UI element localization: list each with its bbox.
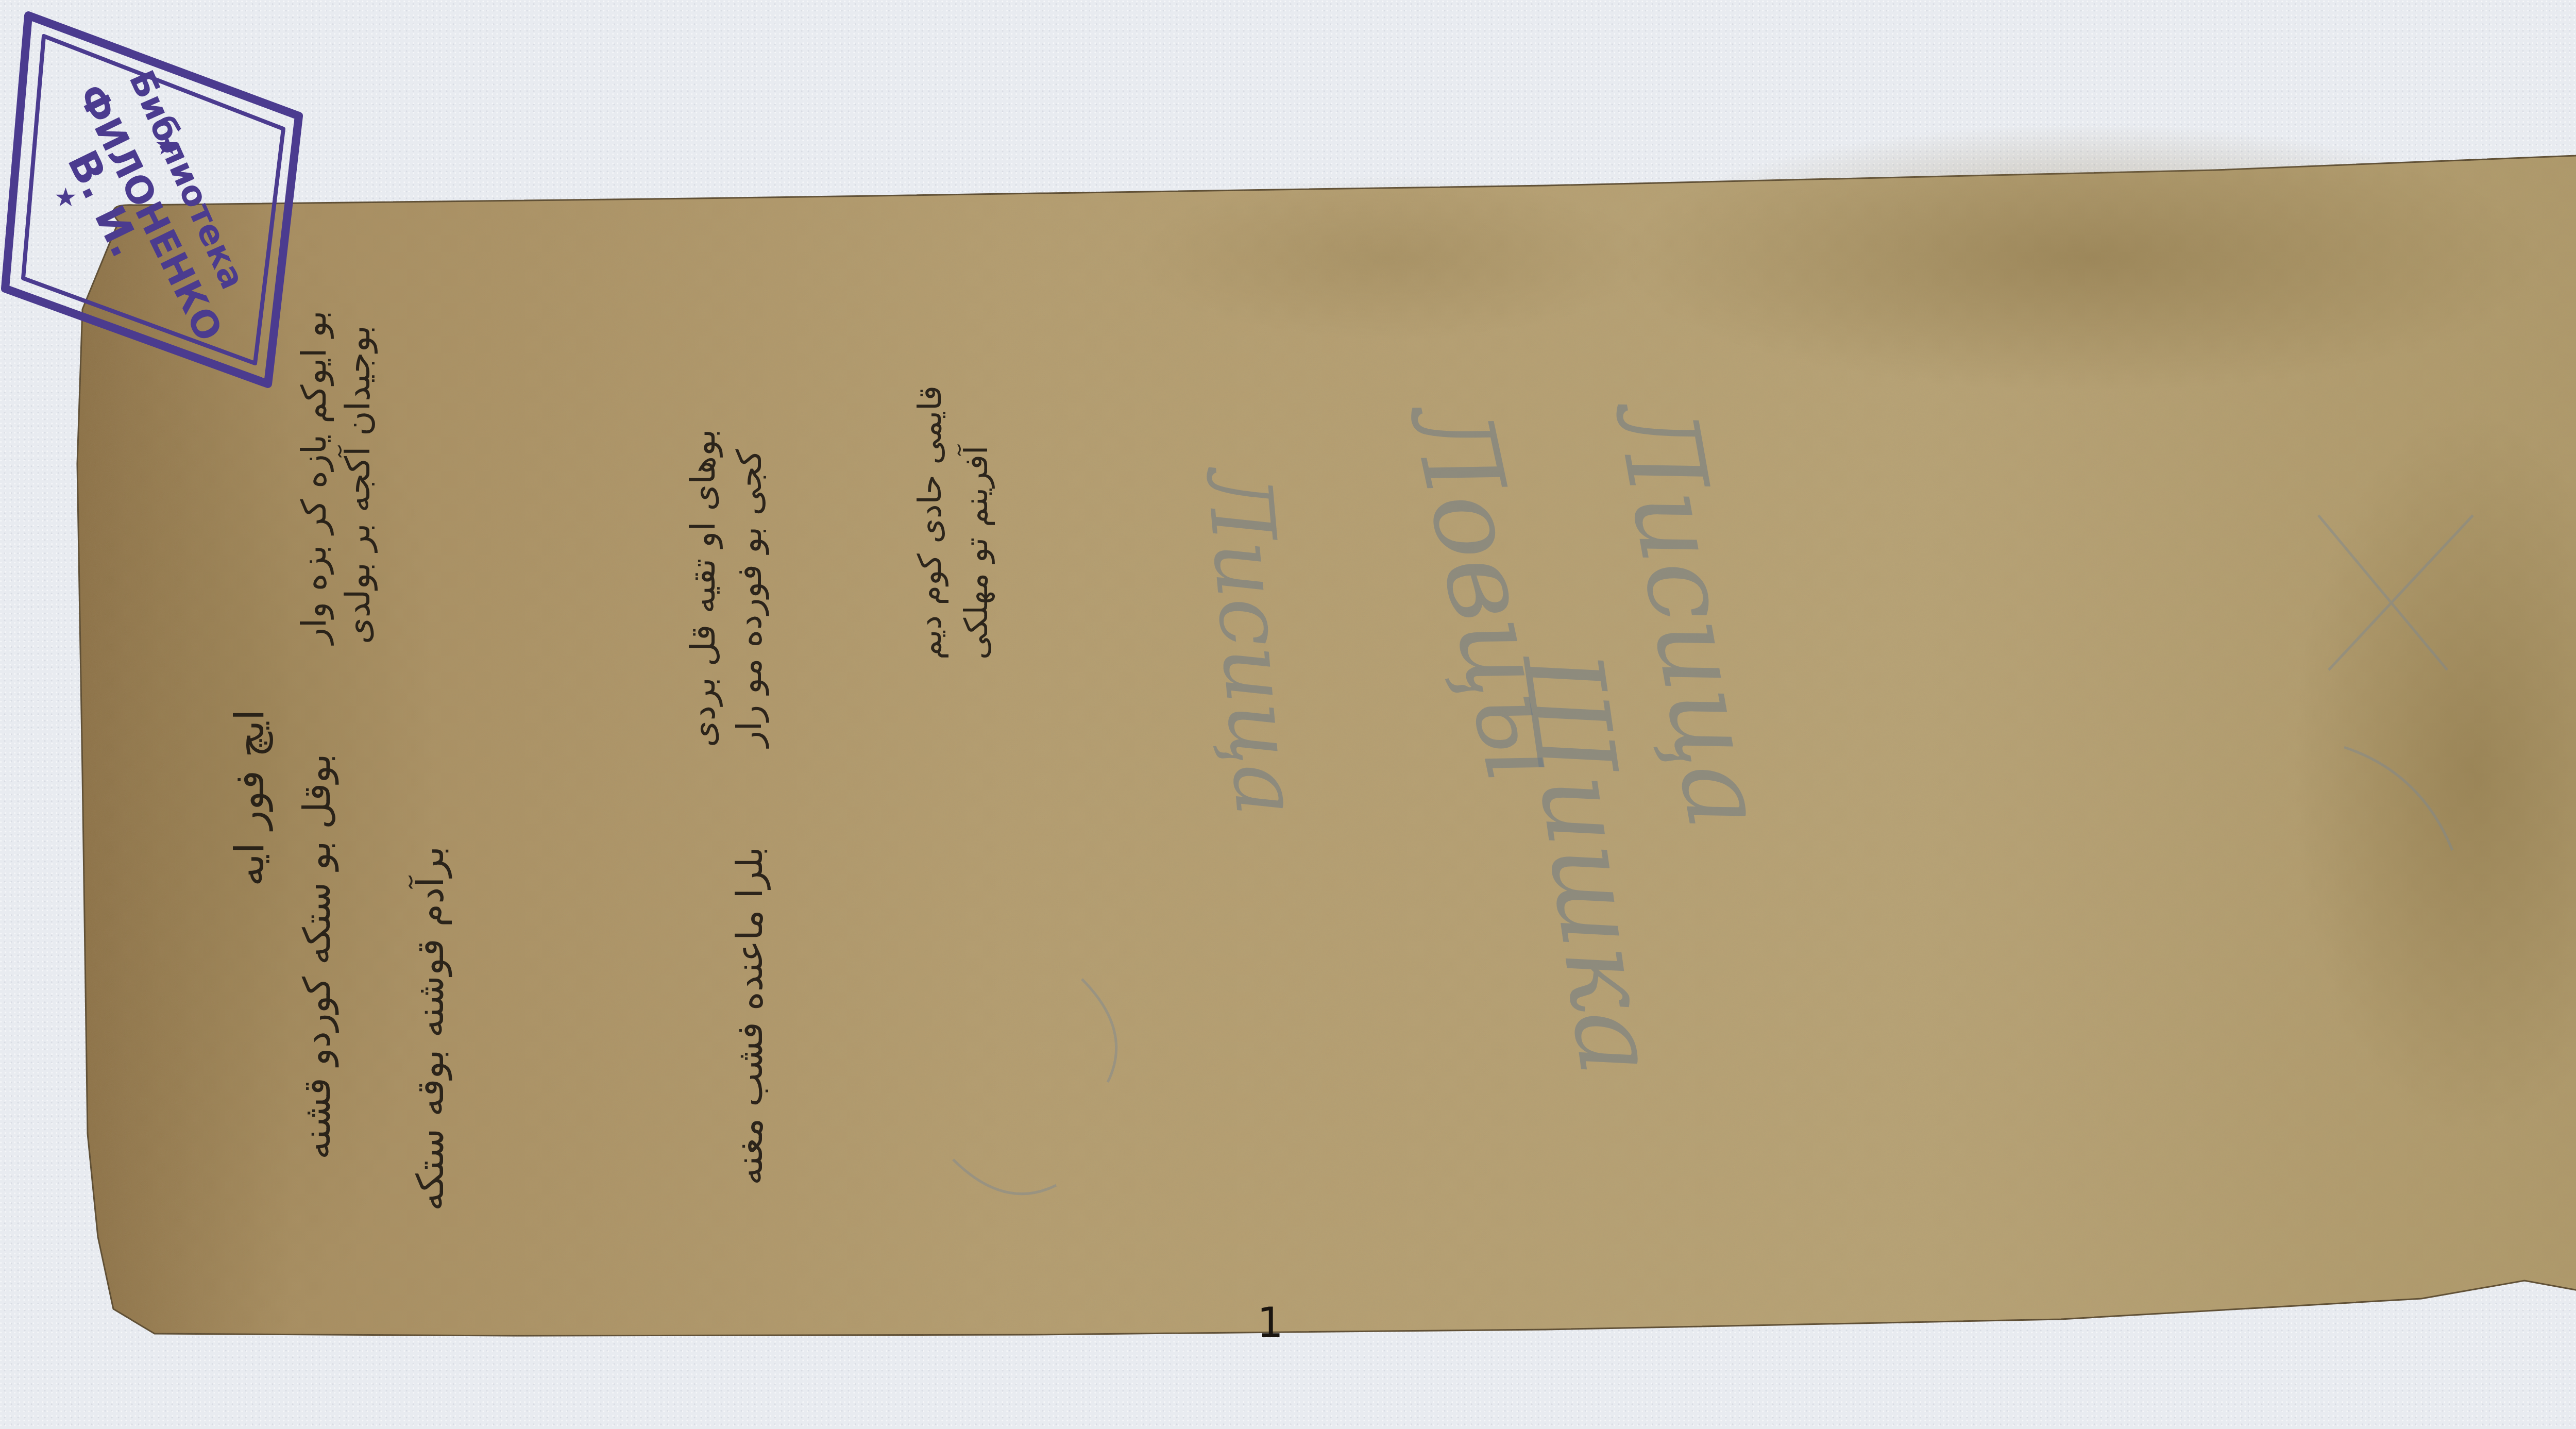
folio-number: 1 [1257,1299,1283,1347]
manuscript-page: ایچ فور ایه بو ایوکم یازه کر بزه وار بوج… [0,0,2576,1429]
star-icon: ★ [54,182,77,212]
manuscript-line: برآدم قوشنه بوقه ستکه [402,846,459,1211]
manuscript-line: ایچ فور ایه [222,709,278,886]
manuscript-line: کجی بو فورده مو رار [721,449,778,747]
star-icon: ★ [155,129,179,161]
library-stamp: Библиотека ФИЛОНЕНКО В. И. ★ ★ [0,0,330,392]
manuscript-line: بوقل بو ستکه کوردو قشنه [289,754,345,1159]
manuscript-line: آفرینم تو مهلکی [948,446,1005,660]
manuscript-line: بلرا ماعنده فشب مغنه [721,847,778,1185]
manuscript-line: بوجیدان آکجه بر بولدی [330,325,386,644]
